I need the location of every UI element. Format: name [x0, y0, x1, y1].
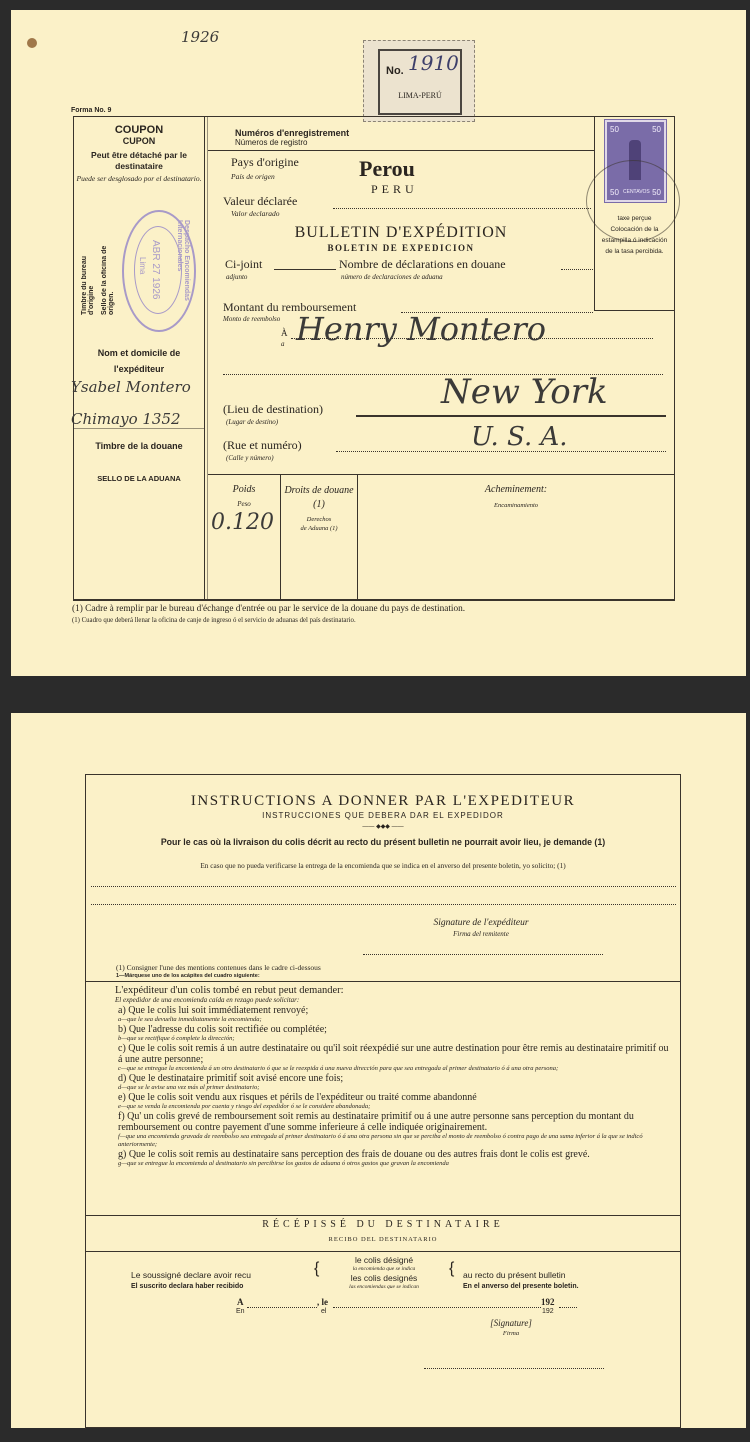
declarations-label: Nombre de déclarations en douane — [339, 257, 506, 272]
request-field-2[interactable] — [91, 904, 676, 905]
option-e: e) Que le colis soit vendu aux risques e… — [118, 1092, 675, 1103]
receipt-signature-label: [Signature] — [466, 1318, 556, 1328]
year-note: 1926 — [181, 28, 219, 46]
postmark-city: Lima — [138, 257, 147, 287]
receipt-recto-es: En el anverso del presente boletin. — [463, 1283, 579, 1290]
coupon-section: COUPON CUPON Peut être détaché par le de… — [74, 124, 204, 183]
routing-label: Acheminement: — [358, 484, 674, 495]
declared-value-field[interactable] — [333, 208, 591, 209]
registration-label-fr: Numéros d'enregistrement — [235, 128, 349, 138]
declarations-label-es: número de declaraciones de aduana — [341, 273, 443, 281]
receipt-signature-label-es: Firma — [466, 1330, 556, 1337]
request-text-es: En caso que no pueda verificarse la entr… — [86, 861, 680, 870]
brace-right: { — [449, 1260, 454, 1278]
option-b: b) Que l'adresse du colis soit rectifiée… — [118, 1024, 675, 1035]
bulletin-back-sheet: INSTRUCTIONS A DONNER PAR L'EXPEDITEUR I… — [11, 713, 746, 1428]
origin-stamp-label: Timbre du bureau d'origine — [81, 235, 95, 315]
destination-label-es: (Lugar de destino) — [226, 418, 278, 426]
ornament: —— ◆◆◆ —— — [86, 823, 680, 830]
option-f: f) Qu' un colis grevé de remboursement s… — [118, 1111, 675, 1133]
enclosed-label-es: adjunto — [226, 273, 247, 281]
note-es: 1—Márquese uno de los acápites del cuadr… — [116, 973, 260, 979]
street-value: U. S. A. — [471, 422, 568, 452]
bulletin-title-es: BOLETIN DE EXPEDICION — [208, 243, 594, 253]
country-value: Perou — [359, 156, 415, 182]
country-label-es: País de origen — [231, 172, 275, 181]
sender-address: Chimayo 1352 — [71, 410, 181, 428]
recipient-label: À — [281, 328, 288, 338]
receipt-declare-es: El suscrito declara haber recibido — [131, 1283, 243, 1290]
coupon-title: COUPON — [74, 124, 204, 136]
stain — [27, 38, 37, 48]
option-a: a) Que le colis lui soit immédiatement r… — [118, 1005, 675, 1016]
intro-es: El expedidor de una encomienda caída en … — [115, 996, 675, 1004]
bulletin-front-sheet: 1926 No. 1910 LIMA-PERÚ Forma No. 9 COUP… — [11, 10, 746, 676]
declarations-field[interactable] — [561, 269, 593, 270]
weight-value: 0.120 — [211, 510, 274, 535]
enclosed-label: Ci-joint — [225, 257, 262, 272]
signature-label-es: Firma del remitente — [341, 930, 621, 938]
destination-label: (Lieu de destination) — [223, 402, 323, 417]
option-c: c) Que le colis soit remis á un autre de… — [118, 1043, 675, 1065]
routing-label-es: Encaminamiento — [358, 502, 674, 509]
brace-left: { — [314, 1260, 319, 1278]
recipient-signature-field[interactable] — [424, 1368, 604, 1369]
form-number: Forma No. 9 — [71, 107, 111, 114]
country-value-es: PERU — [371, 182, 418, 197]
label-number: 1910 — [408, 51, 459, 75]
options-list: L'expéditeur d'un colis tombé en rebut p… — [115, 985, 675, 1168]
country-label: Pays d'origine — [231, 155, 299, 170]
date-label-es: el — [321, 1308, 326, 1315]
date-label: , le — [317, 1297, 328, 1307]
origin-stamp-label-es: Sello de la oficina de origen. — [101, 235, 115, 315]
receipt-declare: Le soussigné declare avoir recu — [131, 1270, 251, 1280]
footnote-es: (1) Cuadro que deberá llenar la oficina … — [72, 617, 356, 624]
recipient-label-es: a — [281, 340, 285, 348]
receipt-year-field[interactable] — [559, 1307, 577, 1308]
option-d: d) Que le destinataire primitif soit avi… — [118, 1073, 675, 1084]
violet-postmark: ABR 27 1926 Lima Despacho Encomiendas In… — [122, 210, 196, 332]
stamp-denomination: 50 — [610, 125, 619, 134]
cod-amount-label-es: Monto de reembolso — [223, 315, 280, 323]
year-label: 192 — [541, 1297, 555, 1307]
sender-label: Nom et domicile de l'expéditeur — [74, 345, 204, 377]
sender-signature-field[interactable] — [363, 954, 603, 955]
weight-label: Poids — [208, 484, 280, 495]
coupon-detach-text: Peut être détaché par le destinataire — [74, 150, 204, 172]
receipt-title: RÉCÉPISSÉ DU DESTINATAIRE — [86, 1219, 680, 1230]
sender-name: Ysabel Montero — [71, 378, 191, 396]
registration-label: No. 1910 LIMA-PERÚ — [363, 40, 475, 122]
weight-label-es: Peso — [208, 500, 280, 508]
coupon-detach-text-es: Puede ser desglosado por el destinatario… — [74, 174, 204, 183]
note-fr: (1) Consigner l'une des mentions contenu… — [116, 963, 321, 972]
instructions-title: INSTRUCTIONS A DONNER PAR L'EXPEDITEUR — [86, 793, 680, 810]
recipient-field[interactable] — [291, 338, 653, 339]
receipt-recto: au recto du présent bulletin — [463, 1270, 566, 1280]
destination-value: New York — [441, 372, 608, 412]
customs-stamp-label: Timbre de la douane — [74, 438, 204, 454]
bulletin-title: BULLETIN D'EXPÉDITION — [208, 224, 594, 242]
receipt-date-field[interactable] — [333, 1307, 541, 1308]
duties-label-es: Derechos de Aduana (1) — [281, 515, 357, 533]
receipt-options: le colis désigné la encomienda que se in… — [324, 1256, 444, 1292]
recipient-name: Henry Montero — [296, 310, 546, 348]
instructions-title-es: INSTRUCCIONES QUE DEBERA DAR EL EXPEDIDO… — [86, 811, 680, 820]
street-label-es: (Calle y número) — [226, 454, 274, 462]
place-label-es: En — [236, 1308, 245, 1315]
receipt-place-field[interactable] — [247, 1307, 317, 1308]
request-field-1[interactable] — [91, 886, 676, 887]
option-g: g) Que le colis soit remis au destinatai… — [118, 1149, 675, 1160]
signature-label: Signature de l'expéditeur — [341, 918, 621, 928]
registration-label-es: Números de registro — [235, 138, 307, 147]
postmark-date: ABR 27 1926 — [150, 240, 161, 300]
label-city: LIMA-PERÚ — [380, 91, 460, 100]
footnote-fr: (1) Cadre à remplir par le bureau d'écha… — [72, 604, 465, 614]
label-no-prefix: No. — [386, 65, 404, 77]
declared-value-label-es: Valor declarado — [231, 209, 280, 218]
duties-label: Droits de douane (1) — [281, 484, 357, 512]
postmark-text: Despacho Encomiendas Internacionales — [176, 220, 190, 320]
declared-value-label: Valeur déclarée — [223, 194, 297, 209]
stamp-caption: taxe perçue Colocación de la estampilla … — [595, 213, 674, 257]
street-label: (Rue et numéro) — [223, 438, 302, 453]
year-label-es: 192 — [542, 1308, 554, 1315]
coupon-title-es: CUPON — [74, 136, 204, 146]
street-field[interactable] — [336, 451, 666, 452]
intro-fr: L'expéditeur d'un colis tombé en rebut p… — [115, 985, 675, 996]
receipt-title-es: RECIBO DEL DESTINATARIO — [86, 1236, 680, 1243]
request-text: Pour le cas où la livraison du colis déc… — [101, 836, 665, 848]
customs-stamp-label-es: SELLO DE LA ADUANA — [74, 474, 204, 483]
place-label: A — [237, 1297, 244, 1307]
